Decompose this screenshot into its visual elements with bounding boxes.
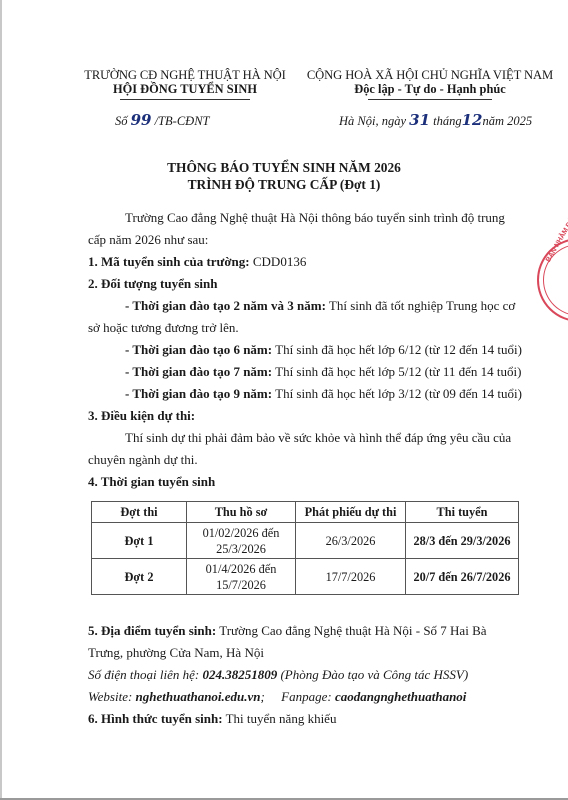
official-seal-stamp: BAN NHÂM ĐỐ bbox=[537, 238, 568, 322]
fanpage-label: Fanpage: bbox=[281, 689, 335, 704]
section-1-label: 1. Mã tuyển sinh của trường: bbox=[88, 254, 250, 269]
website-link[interactable]: nghethuathanoi.edu.vn bbox=[136, 689, 261, 704]
school-code: CDD0136 bbox=[250, 254, 307, 269]
section-5-label: 5. Địa điểm tuyển sinh: bbox=[88, 623, 216, 638]
document-page: TRƯỜNG CĐ NGHỆ THUẬT HÀ NỘI HỘI ĐỒNG TUY… bbox=[0, 0, 568, 800]
target-item-text: Thí sinh đã học hết lớp 6/12 (từ 12 đến … bbox=[272, 342, 522, 357]
header-right-rule bbox=[368, 99, 492, 100]
month-label: tháng bbox=[433, 114, 461, 128]
target-item: - Thời gian đào tạo 7 năm: Thí sinh đã h… bbox=[88, 361, 528, 383]
document-body-bottom: 5. Địa điểm tuyển sinh: Trường Cao đẳng … bbox=[88, 620, 528, 730]
table-row: Đợt 2 01/4/2026 đến15/7/2026 17/7/2026 2… bbox=[92, 559, 519, 595]
section-3-line-2: chuyên ngành dự thi. bbox=[88, 449, 528, 471]
section-5-continuation: Trưng, phường Cửa Nam, Hà Nội bbox=[88, 642, 528, 664]
admission-schedule-table: Đợt thi Thu hồ sơ Phát phiếu dự thi Thi … bbox=[91, 501, 519, 595]
table-row: Đợt 1 01/02/2026 đến25/3/2026 26/3/2026 … bbox=[92, 523, 519, 559]
round-cell: Đợt 1 bbox=[92, 523, 187, 559]
target-item: - Thời gian đào tạo 2 năm và 3 năm: Thí … bbox=[88, 295, 528, 317]
exam-date-cell: 28/3 đến 29/3/2026 bbox=[406, 523, 519, 559]
intro-line-1: Trường Cao đẳng Nghệ thuật Hà Nội thông … bbox=[88, 207, 528, 229]
period-start: 01/4/2026 đến bbox=[206, 562, 277, 576]
target-item-text: Thí sinh đã học hết lớp 3/12 (từ 09 đến … bbox=[272, 386, 522, 401]
ticket-date-cell: 26/3/2026 bbox=[296, 523, 406, 559]
target-item-label: - Thời gian đào tạo 7 năm: bbox=[125, 364, 272, 379]
column-header: Thi tuyển bbox=[406, 502, 519, 523]
document-number: Số 99 /TB-CĐNT bbox=[115, 111, 210, 129]
phone-note: (Phòng Đào tạo và Công tác HSSV) bbox=[277, 667, 468, 682]
period-start: 01/02/2026 đến bbox=[203, 526, 280, 540]
contact-phone-line: Số điện thoại liên hệ: 024.38251809 (Phò… bbox=[88, 664, 528, 686]
stamp-text: BAN NHÂM ĐỐ bbox=[545, 216, 568, 263]
section-3-line-1: Thí sinh dự thi phải đảm bảo về sức khỏe… bbox=[88, 427, 528, 449]
document-title: THÔNG BÁO TUYỂN SINH NĂM 2026 bbox=[0, 160, 568, 176]
section-6-text: Thi tuyển năng khiếu bbox=[223, 711, 337, 726]
application-period-cell: 01/4/2026 đến15/7/2026 bbox=[187, 559, 296, 595]
target-item-label: - Thời gian đào tạo 6 năm: bbox=[125, 342, 272, 357]
intro-line-2: cấp năm 2026 như sau: bbox=[88, 229, 528, 251]
document-body-top: Trường Cao đẳng Nghệ thuật Hà Nội thông … bbox=[88, 207, 528, 493]
target-item: - Thời gian đào tạo 6 năm: Thí sinh đã h… bbox=[88, 339, 528, 361]
section-2-heading: 2. Đối tượng tuyển sinh bbox=[88, 273, 528, 295]
month-handwritten: 12 bbox=[462, 111, 483, 129]
target-item: - Thời gian đào tạo 9 năm: Thí sinh đã h… bbox=[88, 383, 528, 405]
nation-name: CỘNG HOÀ XÃ HỘI CHỦ NGHĨA VIỆT NAM bbox=[300, 68, 560, 82]
date-prefix: Hà Nội, ngày bbox=[339, 114, 406, 128]
period-end: 15/7/2026 bbox=[216, 578, 266, 592]
national-motto: Độc lập - Tự do - Hạnh phúc bbox=[300, 82, 560, 97]
phone-number: 024.38251809 bbox=[202, 667, 277, 682]
target-item-continuation: sở hoặc tương đương trở lên. bbox=[88, 317, 528, 339]
section-5: 5. Địa điểm tuyển sinh: Trường Cao đẳng … bbox=[88, 620, 528, 642]
number-suffix: /TB-CĐNT bbox=[155, 114, 210, 128]
year-text: năm 2025 bbox=[483, 114, 533, 128]
column-header: Phát phiếu dự thi bbox=[296, 502, 406, 523]
document-date: Hà Nội, ngày 31 tháng12năm 2025 bbox=[339, 111, 532, 129]
column-header: Đợt thi bbox=[92, 502, 187, 523]
org-name: TRƯỜNG CĐ NGHỆ THUẬT HÀ NỘI bbox=[80, 68, 290, 82]
phone-label: Số điện thoại liên hệ: bbox=[88, 667, 202, 682]
target-item-label: - Thời gian đào tạo 2 năm và 3 năm: bbox=[125, 298, 326, 313]
website-separator: ; bbox=[261, 689, 265, 704]
section-3-heading: 3. Điều kiện dự thi: bbox=[88, 405, 528, 427]
table-header-row: Đợt thi Thu hồ sơ Phát phiếu dự thi Thi … bbox=[92, 502, 519, 523]
unit-name: HỘI ĐỒNG TUYỂN SINH bbox=[80, 82, 290, 97]
round-cell: Đợt 2 bbox=[92, 559, 187, 595]
contact-web-line: Website: nghethuathanoi.edu.vn; Fanpage:… bbox=[88, 686, 528, 708]
exam-date-cell: 20/7 đến 26/7/2026 bbox=[406, 559, 519, 595]
period-end: 25/3/2026 bbox=[216, 542, 266, 556]
header-left-rule bbox=[120, 99, 250, 100]
number-prefix: Số bbox=[115, 114, 128, 128]
section-1: 1. Mã tuyển sinh của trường: CDD0136 bbox=[88, 251, 528, 273]
number-handwritten: 99 bbox=[131, 111, 152, 129]
ticket-date-cell: 17/7/2026 bbox=[296, 559, 406, 595]
target-item-text: Thí sinh đã tốt nghiệp Trung học cơ bbox=[326, 298, 515, 313]
website-label: Website: bbox=[88, 689, 136, 704]
day-handwritten: 31 bbox=[409, 111, 430, 129]
target-item-text: Thí sinh đã học hết lớp 5/12 (từ 11 đến … bbox=[272, 364, 521, 379]
section-4-heading: 4. Thời gian tuyển sinh bbox=[88, 471, 528, 493]
column-header: Thu hồ sơ bbox=[187, 502, 296, 523]
fanpage-link[interactable]: caodangnghethuathanoi bbox=[335, 689, 467, 704]
section-6-label: 6. Hình thức tuyển sinh: bbox=[88, 711, 223, 726]
document-subtitle: TRÌNH ĐỘ TRUNG CẤP (Đợt 1) bbox=[0, 177, 568, 193]
section-5-text: Trường Cao đẳng Nghệ thuật Hà Nội - Số 7… bbox=[216, 623, 486, 638]
scan-edge-left bbox=[0, 0, 2, 800]
header-left: TRƯỜNG CĐ NGHỆ THUẬT HÀ NỘI HỘI ĐỒNG TUY… bbox=[80, 68, 290, 100]
target-item-label: - Thời gian đào tạo 9 năm: bbox=[125, 386, 272, 401]
header-right: CỘNG HOÀ XÃ HỘI CHỦ NGHĨA VIỆT NAM Độc l… bbox=[300, 68, 560, 100]
application-period-cell: 01/02/2026 đến25/3/2026 bbox=[187, 523, 296, 559]
section-6: 6. Hình thức tuyển sinh: Thi tuyển năng … bbox=[88, 708, 528, 730]
